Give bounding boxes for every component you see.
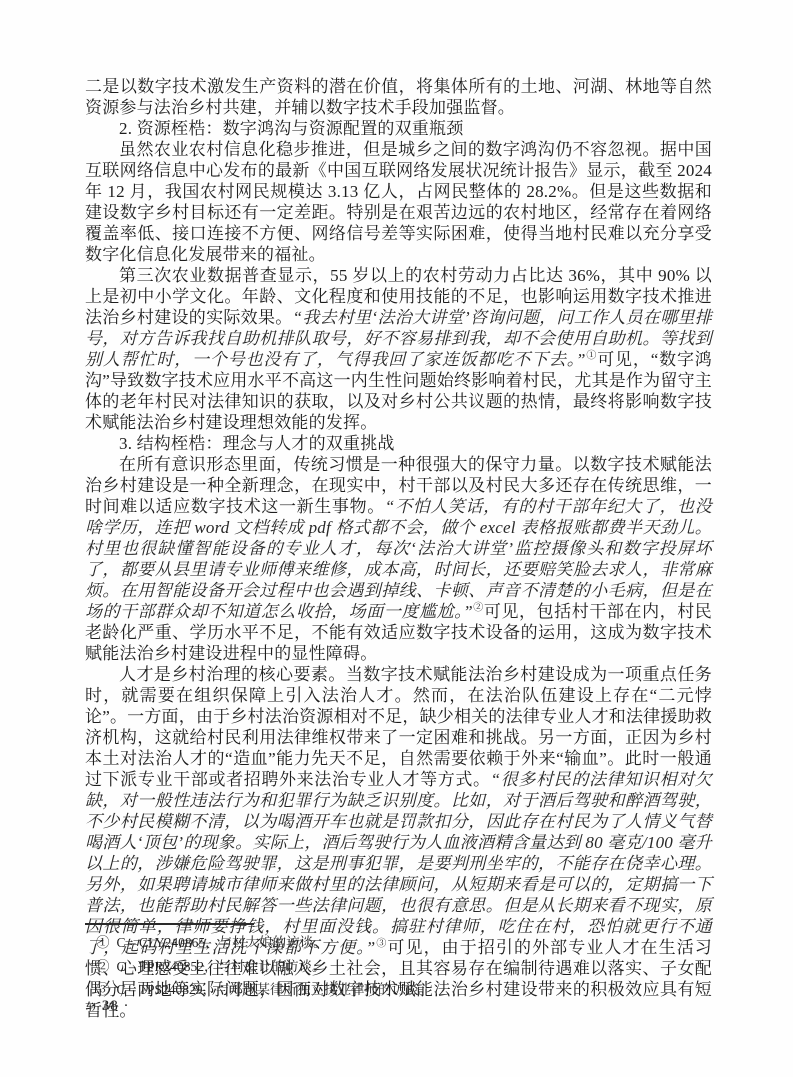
footnote: ①C – CLY240865，与村大娘的访谈。 [85, 931, 712, 955]
footnote-marker: ③ [96, 982, 110, 997]
page-number: · 38 · [91, 998, 130, 1015]
footnote-marker: ① [96, 935, 110, 950]
footnote: ②C – TPR240852，与村会计的访谈。 [85, 955, 712, 979]
heading-text: 2. 资源桎梏：数字鸿沟与资源配置的双重瓶颈 [119, 119, 463, 138]
footnote-ref-2: ② [473, 602, 484, 613]
footnote-divider [85, 923, 254, 925]
footnote-marker: ② [96, 959, 110, 974]
footnote: ③C – TPS240829，与郑州某律所独立执业律师的访谈。 [85, 978, 712, 1002]
paragraph: 第三次农业数据普查显示，55 岁以上的农村劳动力占比达 36%，其中 90% 以… [85, 265, 712, 433]
heading-text: 3. 结构桎梏：理念与人才的双重挑战 [119, 434, 395, 453]
interview-quote: “很多村民的法律知识相对欠缺，对一般性违法行为和犯罪行为缺乏识别度。比如，对于酒… [85, 770, 712, 957]
body-text-run: 二是以数字技术激发生产资料的潜在价值，将集体所有的土地、河湖、林地等自然资源参与… [85, 77, 712, 117]
footnote-text: C – TPR240852，与村会计的访谈。 [117, 959, 326, 974]
main-text: 二是以数字技术激发生产资料的潜在价值，将集体所有的土地、河湖、林地等自然资源参与… [85, 76, 712, 1021]
section-heading-3: 3. 结构桎梏：理念与人才的双重挑战 [85, 433, 712, 454]
paragraph-continuation: 二是以数字技术激发生产资料的潜在价值，将集体所有的土地、河湖、林地等自然资源参与… [85, 76, 712, 118]
footnote-ref-1: ① [586, 350, 597, 361]
paragraph: 在所有意识形态里面，传统习惯是一种很强大的保守力量。以数字技术赋能法治乡村建设是… [85, 454, 712, 664]
body-text-run: 虽然农业农村信息化稳步推进，但是城乡之间的数字鸿沟仍不容忽视。据中国互联网络信息… [85, 140, 712, 264]
document-page: 二是以数字技术激发生产资料的潜在价值，将集体所有的土地、河湖、林地等自然资源参与… [0, 0, 793, 1077]
footnotes: ①C – CLY240865，与村大娘的访谈。 ②C – TPR240852，与… [85, 931, 712, 1002]
footnote-text: C – TPS240829，与郑州某律所独立执业律师的访谈。 [117, 982, 433, 997]
footnote-text: C – CLY240865，与村大娘的访谈。 [117, 935, 327, 950]
paragraph: 虽然农业农村信息化稳步推进，但是城乡之间的数字鸿沟仍不容忽视。据中国互联网络信息… [85, 139, 712, 265]
section-heading-2: 2. 资源桎梏：数字鸿沟与资源配置的双重瓶颈 [85, 118, 712, 139]
